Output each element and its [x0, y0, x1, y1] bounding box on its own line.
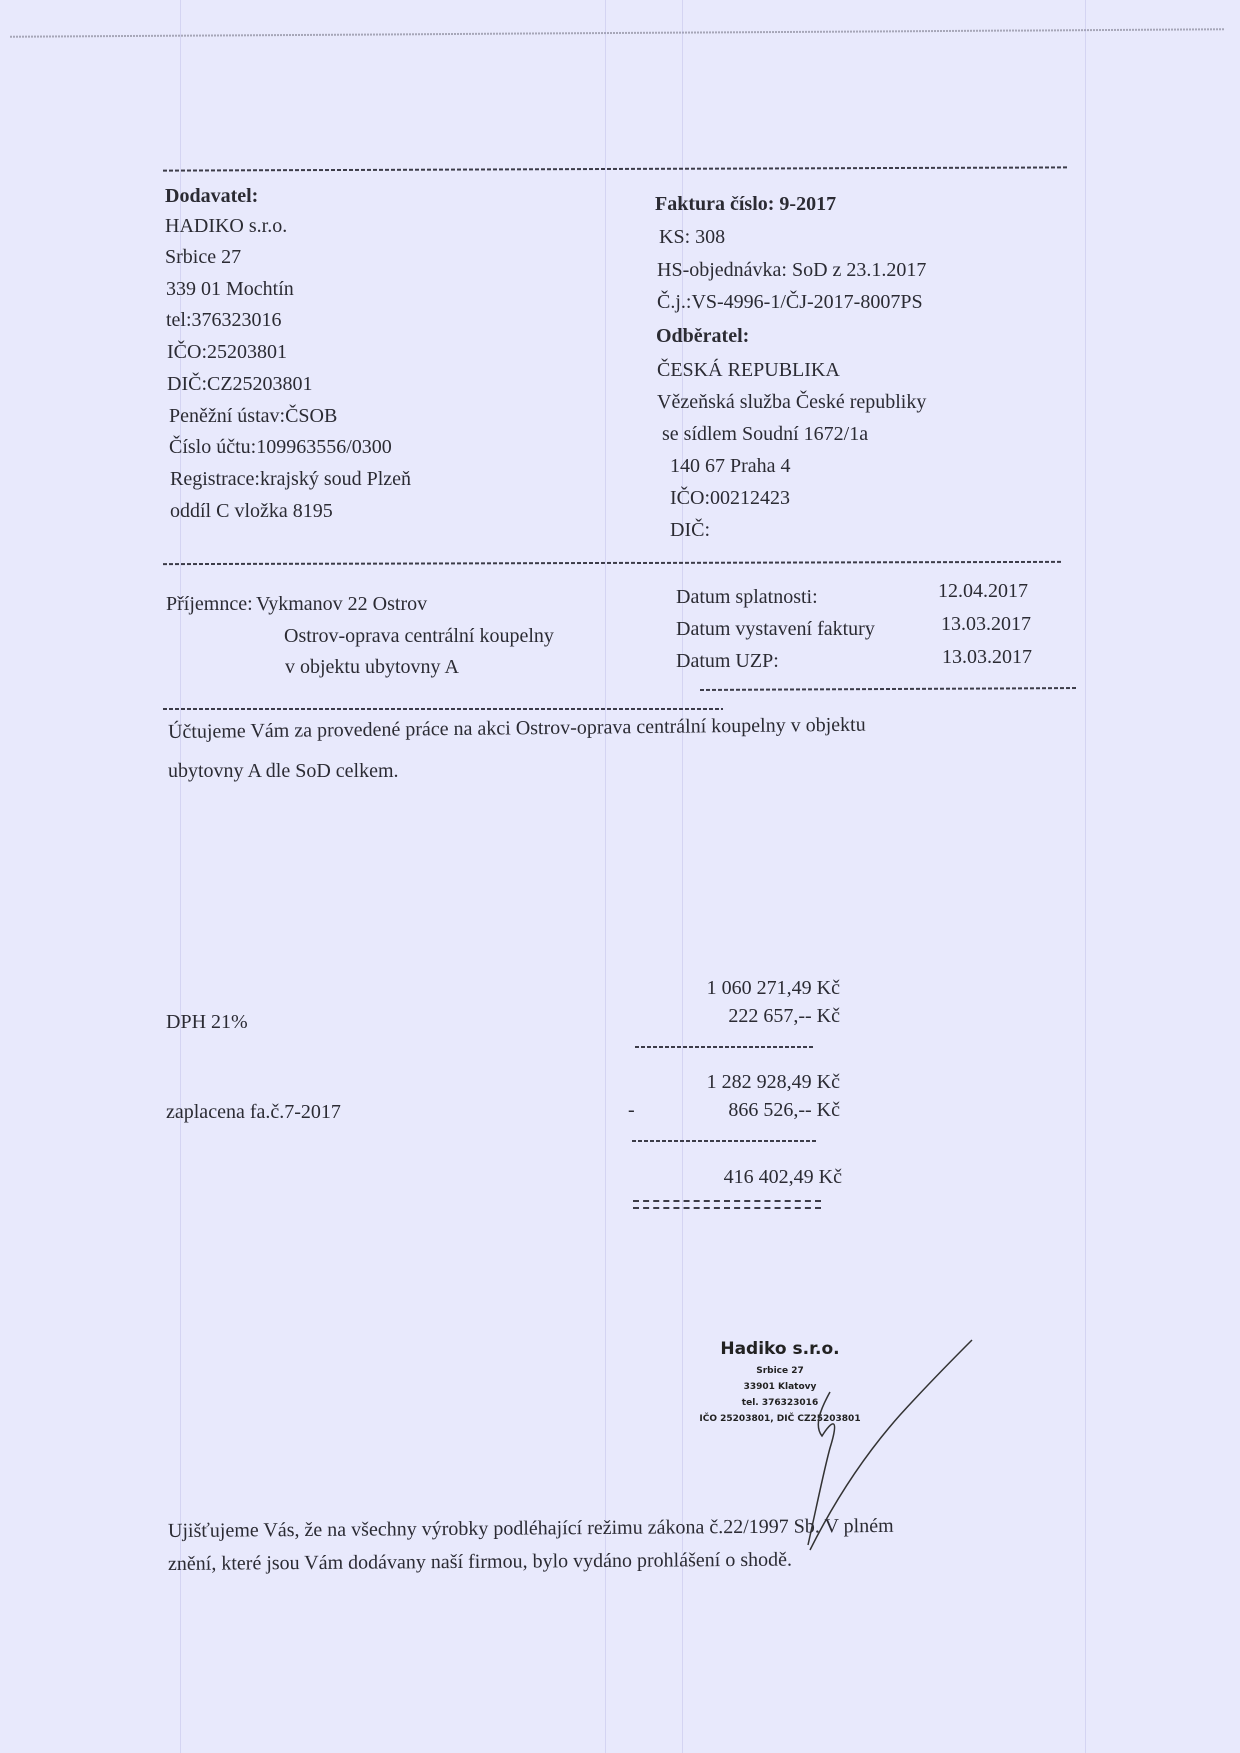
supplier-line: 339 01 Mochtín	[166, 275, 294, 303]
declaration-line: Ujišťujeme Vás, že na všechny výrobky po…	[168, 1512, 894, 1545]
invoice-ks: KS: 308	[659, 223, 725, 251]
date-label: Datum splatnosti:	[676, 583, 818, 611]
amount-total: 1 282 928,49 Kč	[600, 1068, 840, 1096]
scan-streak	[605, 0, 606, 1753]
date-value: 12.04.2017	[938, 577, 1028, 605]
date-label: Datum UZP:	[676, 647, 779, 675]
customer-line: DIČ:	[670, 516, 710, 544]
date-label: Datum vystavení faktury	[676, 615, 875, 643]
separator-rule	[700, 687, 1078, 691]
double-underline	[633, 1200, 821, 1209]
supplier-heading: Dodavatel:	[165, 182, 258, 210]
supplier-line: oddíl C vložka 8195	[170, 497, 333, 525]
supplier-line: IČO:25203801	[167, 338, 287, 366]
vat-label: DPH 21%	[166, 1008, 248, 1036]
invoice-reference: Č.j.:VS-4996-1/ČJ-2017-8007PS	[657, 288, 923, 316]
separator-rule	[163, 166, 1068, 171]
declaration-line: znění, které jsou Vám dodávany naší firm…	[168, 1546, 792, 1578]
supplier-line: HADIKO s.r.o.	[165, 212, 287, 240]
customer-heading: Odběratel:	[656, 322, 749, 350]
recipient-label: Příjemnce:	[166, 590, 253, 618]
supplier-line: Číslo účtu:109963556/0300	[169, 433, 392, 461]
customer-line: Vězeňská služba České republiky	[657, 388, 926, 416]
description-line: ubytovny A dle SoD celkem.	[168, 757, 399, 785]
paid-label: zaplacena fa.č.7-2017	[166, 1098, 341, 1126]
customer-line: IČO:00212423	[670, 484, 790, 512]
scan-artifact-line	[10, 28, 1225, 37]
sum-rule	[632, 1140, 817, 1142]
customer-line: 140 67 Praha 4	[670, 452, 791, 480]
supplier-line: Peněžní ústav:ČSOB	[169, 402, 337, 430]
separator-rule	[163, 708, 723, 710]
supplier-line: tel:376323016	[166, 306, 282, 334]
recipient-line: Ostrov-oprava centrální koupelny	[284, 622, 554, 650]
scanned-invoice-page: Dodavatel: HADIKO s.r.o. Srbice 27 339 0…	[0, 0, 1240, 1753]
customer-line: ČESKÁ REPUBLIKA	[657, 356, 840, 384]
recipient-line: Vykmanov 22 Ostrov	[256, 590, 427, 618]
description-line: Účtujeme Vám za provedené práce na akci …	[168, 711, 866, 746]
supplier-line: Srbice 27	[165, 243, 241, 271]
recipient-line: v objektu ubytovny A	[285, 653, 459, 681]
date-value: 13.03.2017	[941, 610, 1031, 638]
invoice-number: Faktura číslo: 9-2017	[655, 190, 836, 218]
invoice-order: HS-objednávka: SoD z 23.1.2017	[657, 256, 926, 284]
scan-streak	[1085, 0, 1086, 1753]
sum-rule	[635, 1046, 815, 1048]
separator-rule	[163, 561, 1061, 565]
supplier-line: DIČ:CZ25203801	[167, 370, 313, 398]
amount-paid: 866 526,-- Kč	[600, 1096, 840, 1124]
supplier-line: Registrace:krajský soud Plzeň	[170, 465, 411, 493]
amount-base: 1 060 271,49 Kč	[600, 974, 840, 1002]
date-value: 13.03.2017	[942, 643, 1032, 671]
amount-vat: 222 657,-- Kč	[600, 1002, 840, 1030]
amount-due: 416 402,49 Kč	[600, 1163, 842, 1191]
customer-line: se sídlem Soudní 1672/1a	[662, 420, 868, 448]
